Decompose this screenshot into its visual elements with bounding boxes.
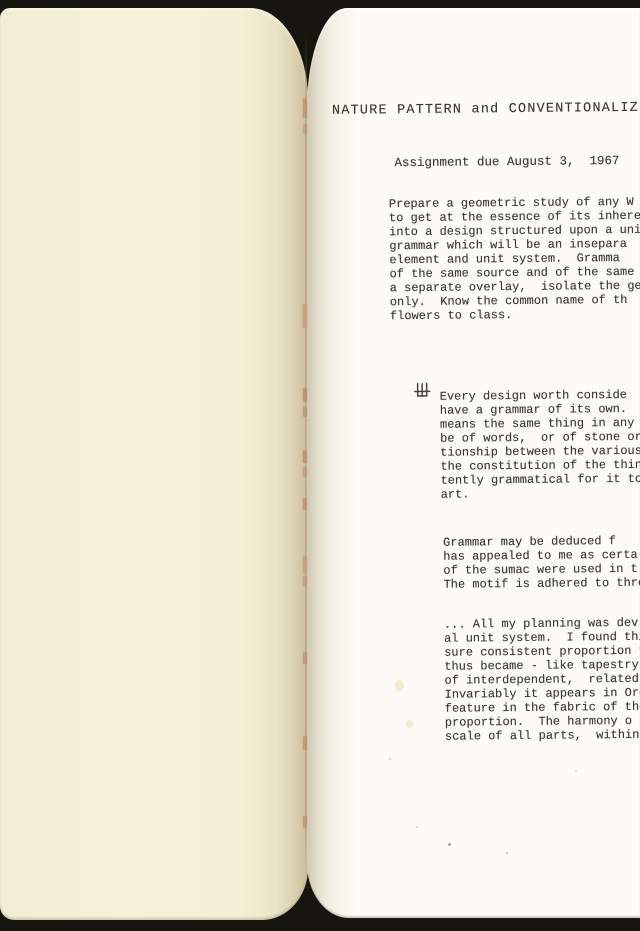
stitch-thread (303, 736, 307, 750)
page-title: NATURE PATTERN and CONVENTIONALIZ (332, 101, 639, 119)
stitch-thread (303, 388, 307, 402)
paragraph-planning: ... All my planning was deval unit syste… (444, 616, 640, 744)
book-scan-photo: NATURE PATTERN and CONVENTIONALIZ Assign… (0, 0, 640, 931)
paragraph-assignment-brief: Prepare a geometric study of any Wto get… (389, 195, 640, 324)
stitch-thread (303, 406, 307, 417)
text-line: art. (441, 486, 640, 502)
text-line: flowers to class. (390, 307, 640, 324)
stitch-thread (303, 304, 307, 328)
scan-speckle (506, 852, 508, 854)
stitch-thread (303, 816, 307, 828)
paper-stain (395, 680, 404, 691)
scan-speckle (575, 770, 577, 772)
stitch-thread (303, 124, 307, 134)
tally-mark-icon (414, 382, 431, 401)
stitch-thread (303, 498, 307, 510)
paragraph-sumac: Grammar may be deduced fhas appealed to … (443, 534, 640, 592)
text-line: only. Know the common name of th (390, 293, 640, 310)
scan-speckle (627, 232, 630, 234)
right-text-page: NATURE PATTERN and CONVENTIONALIZ Assign… (307, 8, 640, 918)
text-line: scale of all parts, within th (445, 728, 640, 744)
typewritten-text-block: NATURE PATTERN and CONVENTIONALIZ Assign… (307, 8, 640, 918)
paper-stain (406, 720, 413, 728)
left-blank-page (0, 8, 308, 920)
text-line: The motif is adhered to thre (443, 576, 640, 592)
stitch-thread (303, 576, 307, 586)
scan-speckle (448, 843, 451, 846)
stitch-thread (303, 652, 307, 664)
stitch-thread (303, 450, 307, 463)
text-line: tently grammatical for it to (440, 472, 640, 488)
stitch-thread (303, 98, 307, 118)
assignment-due-line: Assignment due August 3, 1967 (394, 154, 619, 170)
stitch-thread (303, 467, 307, 477)
stitch-thread (303, 556, 307, 573)
scan-speckle (389, 758, 391, 760)
paragraph-every-design: Every design worth considehave a grammar… (440, 388, 640, 502)
scan-speckle (416, 826, 418, 828)
